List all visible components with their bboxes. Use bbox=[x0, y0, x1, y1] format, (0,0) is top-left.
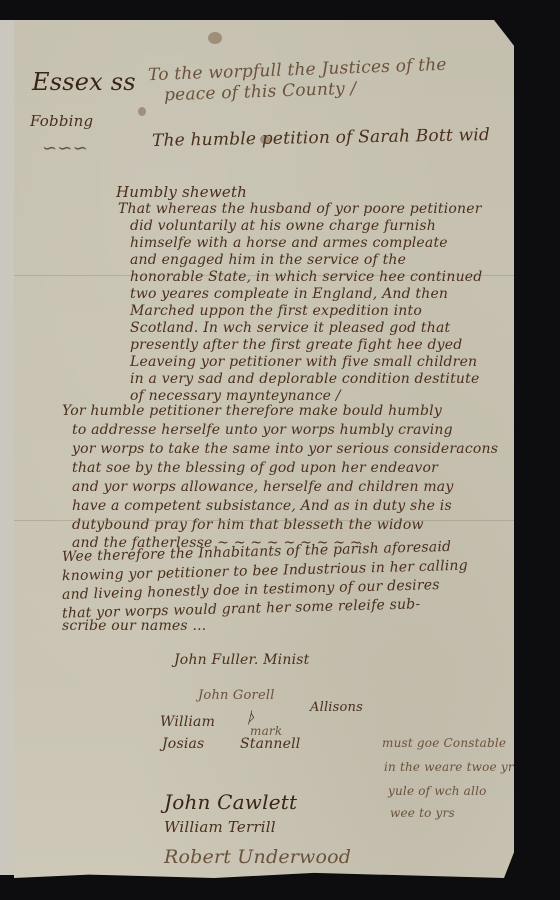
text-line: Yor humble petitioner therefore make bou… bbox=[62, 403, 442, 419]
signature: Allisons bbox=[310, 700, 363, 715]
signature: John Cawlett bbox=[164, 790, 297, 814]
text-line: honorable State, in which service hee co… bbox=[130, 269, 482, 285]
signature: William bbox=[160, 714, 215, 730]
salutation: Humbly sheweth bbox=[116, 183, 247, 201]
text-line: in a very sad and deplorable condition d… bbox=[130, 371, 479, 387]
text-line: to addresse herselfe unto yor worps humb… bbox=[72, 422, 453, 438]
margin-parish: Fobbing bbox=[30, 112, 93, 130]
signature: Josias bbox=[162, 736, 204, 752]
signature: William Terrill bbox=[164, 818, 276, 836]
text-line: and yor worps allowance, herselfe and ch… bbox=[72, 479, 453, 495]
text-line: and engaged him in the service of the bbox=[130, 252, 406, 268]
text-line: That whereas the husband of yor poore pe… bbox=[118, 201, 482, 217]
signature: John Gorell bbox=[198, 688, 275, 703]
flourish: ∽∽∽ bbox=[42, 138, 88, 159]
margin-county: Essex ss bbox=[32, 68, 136, 96]
text-line: of necessary maynteynance / bbox=[130, 388, 341, 404]
text-line: Marched uppon the first expedition into bbox=[130, 303, 422, 319]
text-line: himselfe with a horse and armes compleat… bbox=[130, 235, 448, 251]
ink-stain bbox=[208, 32, 222, 44]
signature: Stannell bbox=[240, 736, 300, 752]
note-line: in the weare twoe yrs bbox=[384, 760, 520, 774]
signature: Robert Underwood bbox=[164, 846, 351, 868]
text-line: yor worps to take the same into yor seri… bbox=[72, 441, 498, 457]
text-line: that soe by the blessing of god upon her… bbox=[72, 460, 438, 476]
text-line: scribe our names ... bbox=[62, 618, 206, 634]
note-line: wee to yrs bbox=[390, 806, 455, 820]
text-line: presently after the first greate fight h… bbox=[130, 337, 462, 353]
text-line: have a competent subsistance, And as in … bbox=[72, 498, 452, 514]
text-line: Leaveing yor petitioner with five small … bbox=[130, 354, 477, 370]
text-line: did voluntarily at his owne charge furni… bbox=[130, 218, 436, 234]
note-line: must goe Constable bbox=[382, 736, 506, 750]
signature: John Fuller. Minist bbox=[174, 652, 309, 668]
ink-stain bbox=[138, 107, 146, 116]
text-line: Scotland. In wch service it pleased god … bbox=[130, 320, 450, 336]
note-line: yule of wch allo bbox=[388, 784, 487, 798]
text-line: dutybound pray for him that blesseth the… bbox=[72, 517, 424, 533]
petition-title: The humble petition of Sarah Bott wid bbox=[152, 125, 490, 151]
text-line: two yeares compleate in England, And the… bbox=[130, 286, 448, 302]
manuscript-page: Essex ss Fobbing ∽∽∽ To the worpfull the… bbox=[14, 20, 514, 878]
